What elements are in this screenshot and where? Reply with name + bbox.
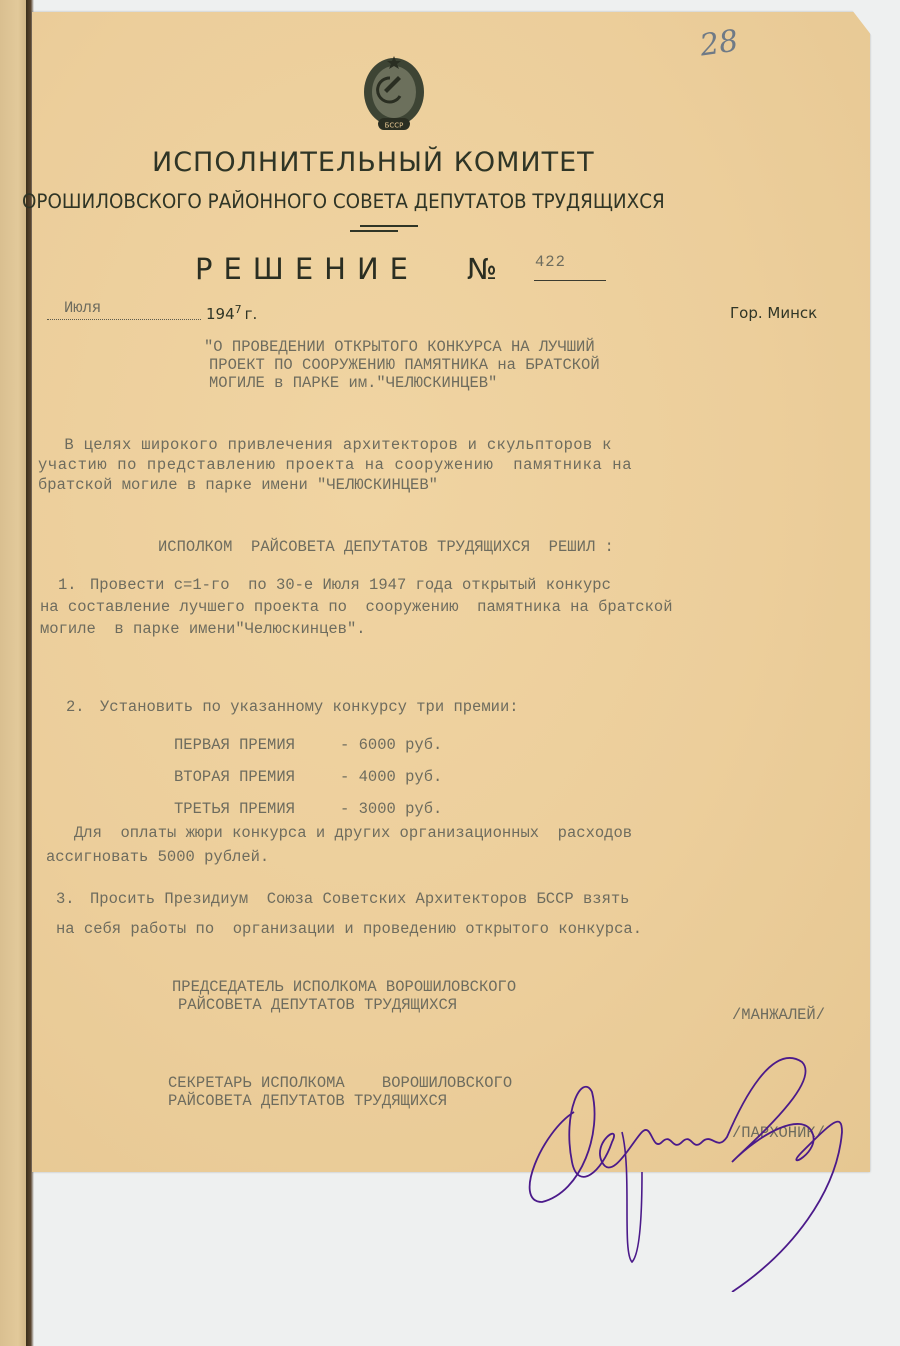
signature-title: СЕКРЕТАРЬ ИСПОЛКОМА ВОРОШИЛОВСКОГО [168, 1076, 512, 1092]
signature-title: РАЙСОВЕТА ДЕПУТАТОВ ТРУДЯЩИХСЯ [168, 1094, 447, 1110]
item-line: Просить Президиум Союза Советских Архите… [90, 892, 630, 908]
prize-label: ВТОРАЯ ПРЕМИЯ [174, 770, 295, 786]
document-page: 28 БССР ИСПОЛНИТЕЛЬНЫЙ КОМИТЕТ ОРОШИЛОВС… [32, 12, 870, 1172]
preamble-line: участию по представлению проекта на соор… [38, 458, 632, 474]
date-month: Июля [64, 301, 101, 317]
resolved-heading: ИСПОЛКОМ РАЙСОВЕТА ДЕПУТАТОВ ТРУДЯЩИХСЯ … [158, 540, 614, 556]
letterhead-rule [360, 225, 418, 227]
signature-title: ПРЕДСЕДАТЕЛЬ ИСПОЛКОМА ВОРОШИЛОВСКОГО [172, 980, 516, 996]
letterhead-subtitle: ОРОШИЛОВСКОГО РАЙОННОГО СОВЕТА ДЕПУТАТОВ… [22, 190, 665, 213]
item-line: могиле в парке имени"Челюскинцев". [40, 622, 366, 638]
city: Гор. Минск [730, 304, 817, 322]
prize-label: ТРЕТЬЯ ПРЕМИЯ [174, 802, 295, 818]
signature-title: РАЙСОВЕТА ДЕПУТАТОВ ТРУДЯЩИХСЯ [178, 998, 457, 1014]
bssr-emblem-icon: БССР [360, 50, 428, 138]
prize-amount: - 6000 руб. [340, 738, 442, 754]
date-year-prefix: 194 [206, 305, 235, 323]
signatory-name: /МАНЖАЛЕЙ/ [732, 1008, 825, 1024]
folded-corner [852, 10, 872, 36]
preamble-line: братской могиле в парке имени "ЧЕЛЮСКИНЦ… [38, 478, 438, 494]
date-year: 1947г. [206, 303, 257, 323]
archive-page-number: 28 [698, 24, 741, 64]
item-line: на составление лучшего проекта по сооруж… [40, 600, 673, 616]
item-line: на себя работы по организации и проведен… [56, 922, 642, 938]
svg-text:БССР: БССР [385, 122, 404, 130]
date-year-digit: 7 [235, 303, 242, 316]
letterhead-rule [350, 230, 398, 232]
prize-amount: - 3000 руб. [340, 802, 442, 818]
prize-amount: - 4000 руб. [340, 770, 442, 786]
item-line: Провести с=1-го по 30-е Июля 1947 года о… [90, 578, 611, 594]
item-number: 1. [58, 578, 77, 594]
letterhead-title: ИСПОЛНИТЕЛЬНЫЙ КОМИТЕТ [152, 147, 595, 178]
decision-number: 422 [535, 255, 566, 271]
item-number: 3. [56, 892, 75, 908]
subject-line: ПРОЕКТ ПО СООРУЖЕНИЮ ПАМЯТНИКА на БРАТСК… [209, 358, 600, 374]
preamble-line: В целях широкого привлечения архитекторо… [26, 438, 612, 454]
date-dotted-line [47, 319, 201, 320]
item-number: 2. [66, 700, 85, 716]
decision-title: РЕШЕНИЕ [195, 252, 419, 286]
date-year-g: г. [245, 305, 258, 323]
item-line: Установить по указанному конкурсу три пр… [100, 700, 519, 716]
subject-line: МОГИЛЕ в ПАРКЕ им."ЧЕЛЮСКИНЦЕВ" [209, 376, 497, 392]
handwritten-signature [502, 1052, 862, 1292]
number-underline [534, 280, 606, 281]
item-line: Для оплаты жюри конкурса и других органи… [74, 826, 632, 842]
subject-line: "О ПРОВЕДЕНИИ ОТКРЫТОГО КОНКУРСА НА ЛУЧШ… [204, 340, 595, 356]
prize-label: ПЕРВАЯ ПРЕМИЯ [174, 738, 295, 754]
item-line: ассигновать 5000 рублей. [46, 850, 269, 866]
number-sign: № [467, 252, 497, 286]
